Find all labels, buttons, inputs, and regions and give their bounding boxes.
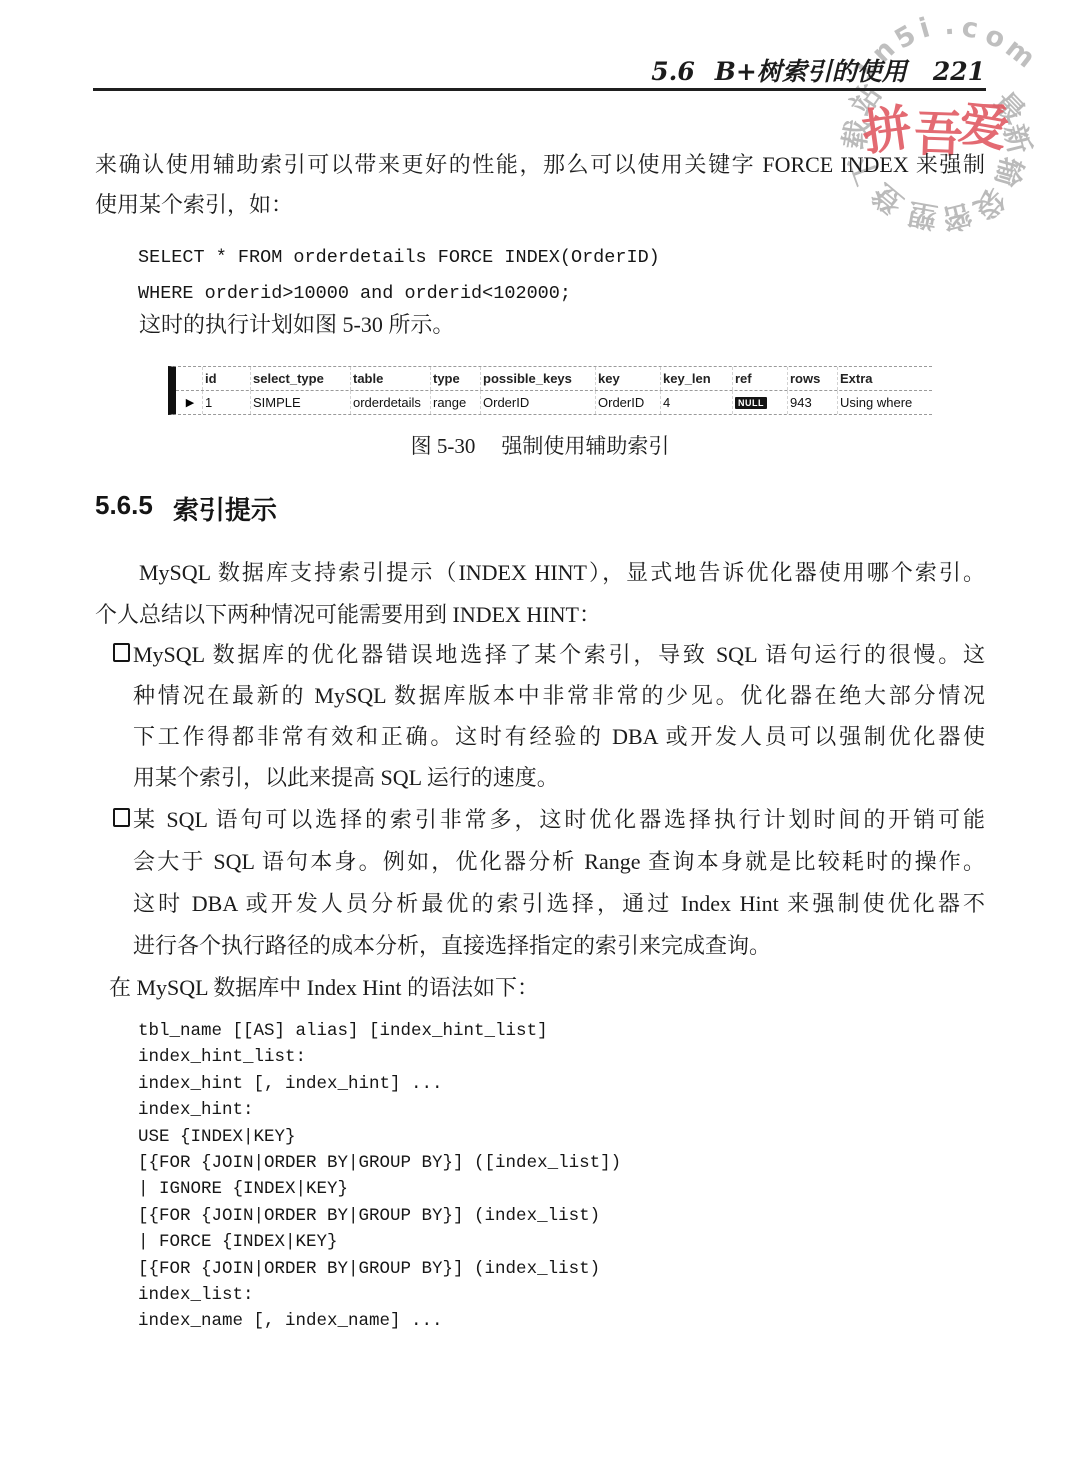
page-number: 221 xyxy=(933,57,985,86)
intro-paragraph: 来确认使用辅助索引可以带来更好的性能，那么可以使用关键字 FORCE INDEX… xyxy=(95,145,985,225)
square-bullet-icon xyxy=(113,643,130,662)
section-heading: 5.6.5 索引提示 xyxy=(95,490,277,527)
figure-leadin-paragraph: 这时的执行计划如图 5-30 所示。 xyxy=(95,305,985,345)
paragraph-line: MySQL 数据库支持索引提示（INDEX HINT），显式地告诉优化器使用哪个… xyxy=(95,552,985,594)
figure-caption-number: 图 5-30 xyxy=(411,434,476,458)
column-header: key xyxy=(595,367,660,390)
code-line: [{FOR {JOIN|ORDER BY|GROUP BY}] (index_l… xyxy=(138,1256,621,1282)
cell-key: OrderID xyxy=(595,391,660,414)
code-line: | FORCE {INDEX|KEY} xyxy=(138,1229,621,1255)
table-row: ▶ 1 SIMPLE orderdetails range OrderID Or… xyxy=(176,391,932,414)
null-value-badge: NULL xyxy=(735,397,767,409)
sql-code-block: SELECT * FROM orderdetails FORCE INDEX(O… xyxy=(138,240,660,312)
code-line: index_hint_list: xyxy=(138,1044,621,1070)
column-header: type xyxy=(430,367,480,390)
watermark-arc-char: . xyxy=(943,10,955,42)
watermark-ring-char: 新 xyxy=(995,119,1042,157)
paragraph-line: 使用某个索引，如： xyxy=(95,185,985,225)
column-header: ref xyxy=(732,367,787,390)
section-number: 5.6.5 xyxy=(95,490,153,527)
code-line: | IGNORE {INDEX|KEY} xyxy=(138,1176,621,1202)
cell-type: range xyxy=(430,391,480,414)
code-line: index_hint [, index_hint] ... xyxy=(138,1071,621,1097)
watermark-ring-char: 最 xyxy=(986,82,1036,131)
index-hint-syntax-block: tbl_name [[AS] alias] [index_hint_list] … xyxy=(138,1018,621,1335)
cell-select-type: SIMPLE xyxy=(250,391,350,414)
watermark-arc-char: o xyxy=(981,20,1010,56)
column-header: possible_keys xyxy=(480,367,595,390)
bullet-line: MySQL 数据库的优化器错误地选择了某个索引，导致 SQL 语句运行的很慢。这 xyxy=(133,634,985,675)
column-header: id xyxy=(202,367,250,390)
watermark-arc-char: i xyxy=(916,12,933,44)
bullet-line: 进行各个执行路径的成本分析，直接选择指定的索引来完成查询。 xyxy=(133,925,985,967)
running-head-rule xyxy=(93,88,986,91)
code-line: USE {INDEX|KEY} xyxy=(138,1124,621,1150)
table-header-row: id select_type table type possible_keys … xyxy=(176,367,932,391)
bullet-item: MySQL 数据库的优化器错误地选择了某个索引，导致 SQL 语句运行的很慢。这… xyxy=(113,634,985,798)
code-line: tbl_name [[AS] alias] [index_hint_list] xyxy=(138,1018,621,1044)
watermark-arc-char: 5 xyxy=(890,19,922,55)
bullet-line: 某 SQL 语句可以选择的索引非常多，这时优化器选择执行计划时间的开销可能 xyxy=(133,799,985,841)
column-header: key_len xyxy=(660,367,732,390)
section-title: 索引提示 xyxy=(173,490,277,527)
code-line: [{FOR {JOIN|ORDER BY|GROUP BY}] ([index_… xyxy=(138,1150,621,1176)
watermark-ring-char: 输 xyxy=(987,153,1034,192)
code-line: index_list: xyxy=(138,1282,621,1308)
cell-table: orderdetails xyxy=(350,391,430,414)
watermark-arc-char: c xyxy=(960,12,981,45)
code-line: index_name [, index_name] ... xyxy=(138,1308,621,1334)
book-page: { "doc": { "running_head": {"section": "… xyxy=(0,0,1080,1478)
watermark-arc-char: m xyxy=(999,33,1040,75)
body-paragraph: MySQL 数据库支持索引提示（INDEX HINT），显式地告诉优化器使用哪个… xyxy=(95,552,985,636)
bullet-line: 种情况在最新的 MySQL 数据库版本中非常非常的少见。优化器在绝大部分情况 xyxy=(133,675,985,716)
column-header: select_type xyxy=(250,367,350,390)
cell-rows: 943 xyxy=(787,391,837,414)
bullet-line: 下工作得都非常有效和正确。这时有经验的 DBA 或开发人员可以强制优化器使 xyxy=(133,716,985,757)
cell-possible-keys: OrderID xyxy=(480,391,595,414)
explain-result-table: id select_type table type possible_keys … xyxy=(168,366,932,415)
figure-caption: 图 5-30强制使用辅助索引 xyxy=(95,430,985,460)
column-header: Extra xyxy=(837,367,932,390)
syntax-leadin-paragraph: 在 MySQL 数据库中 Index Hint 的语法如下： xyxy=(95,968,999,1008)
column-header: rows xyxy=(787,367,837,390)
cell-id: 1 xyxy=(202,391,250,414)
bullet-line: 用某个索引，以此来提高 SQL 运行的速度。 xyxy=(133,757,985,798)
running-head-title: B+树索引的使用 xyxy=(715,52,907,88)
bullet-line: 会大于 SQL 语句本身。例如，优化器分析 Range 查询本身就是比较耗时的操… xyxy=(133,841,985,883)
bullet-line: 这时 DBA 或开发人员分析最优的索引选择，通过 Index Hint 来强制使… xyxy=(133,883,985,925)
code-line: index_hint: xyxy=(138,1097,621,1123)
bullet-item: 某 SQL 语句可以选择的索引非常多，这时优化器选择执行计划时间的开销可能 会大… xyxy=(113,799,985,967)
running-head-section-number: 5.6 xyxy=(651,57,695,86)
column-header: table xyxy=(350,367,430,390)
figure-caption-text: 强制使用辅助索引 xyxy=(501,434,669,458)
paragraph-line: 个人总结以下两种情况可能需要用到 INDEX HINT： xyxy=(95,594,985,636)
cell-extra: Using where xyxy=(837,391,932,414)
running-head: 5.6 B+树索引的使用 221 xyxy=(651,52,985,88)
row-marker-header-cell xyxy=(176,367,202,390)
paragraph-line: 来确认使用辅助索引可以带来更好的性能，那么可以使用关键字 FORCE INDEX… xyxy=(95,145,985,185)
code-line: [{FOR {JOIN|ORDER BY|GROUP BY}] (index_l… xyxy=(138,1203,621,1229)
cell-key-len: 4 xyxy=(660,391,732,414)
code-line: SELECT * FROM orderdetails FORCE INDEX(O… xyxy=(138,240,660,276)
row-marker-icon: ▶ xyxy=(186,396,194,409)
square-bullet-icon xyxy=(113,808,130,827)
